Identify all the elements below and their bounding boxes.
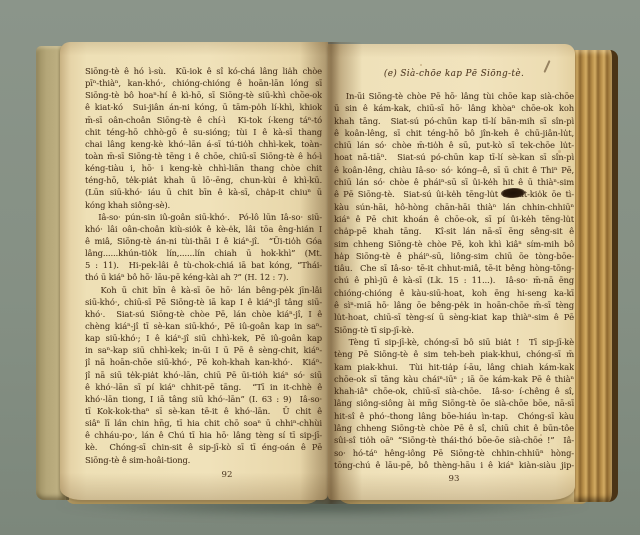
page-left: Siōng-tè ê hó ì-sù. Kū-iok ê sî kó-chá l…: [60, 42, 328, 500]
page-left-number: 92: [207, 470, 247, 480]
open-book: Siōng-tè ê hó ì-sù. Kū-iok ê sî kó-chá l…: [36, 42, 612, 508]
foxing-spot: [558, 150, 561, 153]
page-right: (e) Sià-chōe kap Pē Siōng-tè. In-ūi Siōn…: [328, 44, 575, 500]
page-right-number: 93: [434, 474, 474, 484]
foxing-spot: [420, 64, 422, 66]
photo-background: Siōng-tè ê hó ì-sù. Kū-iok ê sî kó-chá l…: [0, 0, 640, 535]
page-left-text: Siōng-tè ê hó ì-sù. Kū-iok ê sî kó-chá l…: [85, 65, 322, 469]
foxing-spot: [540, 434, 542, 436]
foxing-spot: [150, 180, 153, 183]
foxing-spot: [300, 90, 302, 92]
page-right-text: In-ūi Siōng-tè chòe Pē hō· lâng tùi chōe…: [334, 90, 574, 474]
page-stack-right-edge: [574, 50, 618, 502]
foxing-spot: [120, 420, 122, 422]
section-heading: (e) Sià-chōe kap Pē Siōng-tè.: [334, 69, 574, 79]
